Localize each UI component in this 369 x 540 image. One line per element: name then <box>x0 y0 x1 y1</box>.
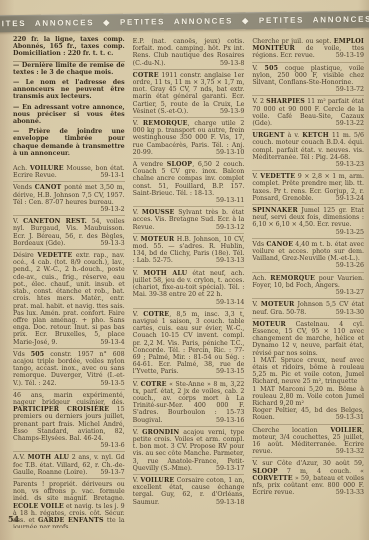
classified-ad: V. 505 coque plastique, voile nylon, 250… <box>252 62 364 96</box>
classified-ad: V. REMORQUE, charge utile 2 000 kg p. tr… <box>133 117 245 158</box>
column-1-ads: Ach. VOILURE Mousse, bon état. Ecrire Re… <box>13 163 125 528</box>
classified-ad: V. MOUSSE Sylvant très b. état acces. Vi… <box>133 206 245 233</box>
classified-ad: V. VEDETTE 9 × 2,8 × 1 m, arm. complet. … <box>252 170 364 204</box>
classified-ad: V. VOILURE Corsaire coton, 1 an, excelle… <box>133 474 245 508</box>
notice-subscriber: — En adressant votre annonce, nous préci… <box>13 104 125 126</box>
notice-anonymity: — Le nom et l'adresse des annonceurs ne … <box>13 79 125 101</box>
column-3: Cherche pr juil. ou sept. EMPLOI MONITEU… <box>252 36 364 528</box>
rates-text: 220 fr. la ligne, taxes comp. Abonnés, 1… <box>13 36 125 62</box>
classified-ad: Désire VEDETTE extr. rap., nav. océ., 4 … <box>13 249 125 348</box>
classified-ad: URGENT à v. KETCH 11 m. 5/6 couch. moteu… <box>252 129 364 170</box>
classified-ad: COTRE 1911 constr. anglaise 1er ordre, 1… <box>133 69 245 117</box>
classified-ad: Vds 505 constr. 1957 n° 608 acajou tripl… <box>13 348 125 389</box>
classified-ad: 46 ans, marin expérimenté, nageur bridge… <box>13 389 125 452</box>
classified-ad: Cherche pr juil. ou sept. EMPLOI MONITEU… <box>252 36 364 62</box>
classified-ad: Ach. VOILURE Mousse, bon état. Ecrire Re… <box>13 163 125 181</box>
classified-ad: A.V. MOTH ALU 2 ans, v. nyl. Gd foc T.B.… <box>13 451 125 478</box>
notice-envelope: — Prière de joindre une enveloppe timbré… <box>13 128 125 157</box>
classified-ad: V. MOTEUR H.B. Johnson, 10 CV, mod. 55. … <box>133 233 245 267</box>
column-1: 220 fr. la ligne, taxes comp. Abonnés, 1… <box>13 36 125 528</box>
classifieds-content: 220 fr. la ligne, taxes comp. Abonnés, 1… <box>13 36 364 528</box>
notice-deadline: — Dernière limite de remise de textes : … <box>13 62 125 76</box>
header-band-text: PETITES ANNONCES ◆ PETITES ANNONCES ◆ PE… <box>0 13 369 28</box>
classified-ad: V. MOTEUR Johnson 5,5 CV état neuf. Gra.… <box>252 298 364 317</box>
classified-ad: V. 2 SHARPIES 11 m² parfait état 70 000 … <box>252 95 364 129</box>
classified-ad: A vendre SLOOP, 6,50 2 couch. Couach 5 C… <box>133 158 245 206</box>
classified-ad: E.P. (nat. canoës, jeux) cotis. forfait.… <box>133 36 245 69</box>
classified-ad: V. sur Côte d'Azur, 30 août 59, SLOOP 7 … <box>252 457 364 498</box>
classified-ad: Cherche location VOILIER, moteur, 3/4 co… <box>252 424 364 458</box>
header-band: PETITES ANNONCES ◆ PETITES ANNONCES ◆ PE… <box>0 11 369 33</box>
classified-ad: V. GRONDIN acajou verni, type petite cro… <box>133 426 245 474</box>
column-3-ads: Cherche pr juil. ou sept. EMPLOI MONITEU… <box>252 36 364 498</box>
classified-ad: Ach. REMORQUE pour Vaurien. Foyer, 10, b… <box>252 272 364 299</box>
classified-ad: Vends CANOT ponté met 3,50 m, dérive, H.… <box>13 181 125 215</box>
classified-ad: SPINNAKER Jumel 125 gr. Etat neuf, servi… <box>252 204 364 238</box>
column-2: E.P. (nat. canoës, jeux) cotis. forfait.… <box>133 36 245 528</box>
column-2-ads: E.P. (nat. canoës, jeux) cotis. forfait.… <box>133 36 245 508</box>
classified-ad: V. COTRE « Ste-Anne » 8 m, 3,22 tx, parf… <box>133 378 245 426</box>
classified-ad: V. MOTH ALU état neuf, ach. juillet 58, … <box>133 267 245 308</box>
classified-ad: MOTEUR Castelnau. 4 cyl. Essence, 15 CV,… <box>252 318 364 424</box>
classified-ad: Parents ! propriét. dériveurs ou non, vs… <box>13 478 125 528</box>
newspaper-page: PETITES ANNONCES ◆ PETITES ANNONCES ◆ PE… <box>0 0 369 540</box>
classified-ad: Vds CANOE 4,40 m t. b. état avec voilure… <box>252 238 364 272</box>
classified-ad: V. CANETON REST. 54, voiles nyl. Burgaud… <box>13 215 125 249</box>
classified-ad: V. COTRE, 8,5 m, insc. 3,3 t, navigué 1 … <box>133 308 245 378</box>
page-number: 54 <box>8 514 19 524</box>
